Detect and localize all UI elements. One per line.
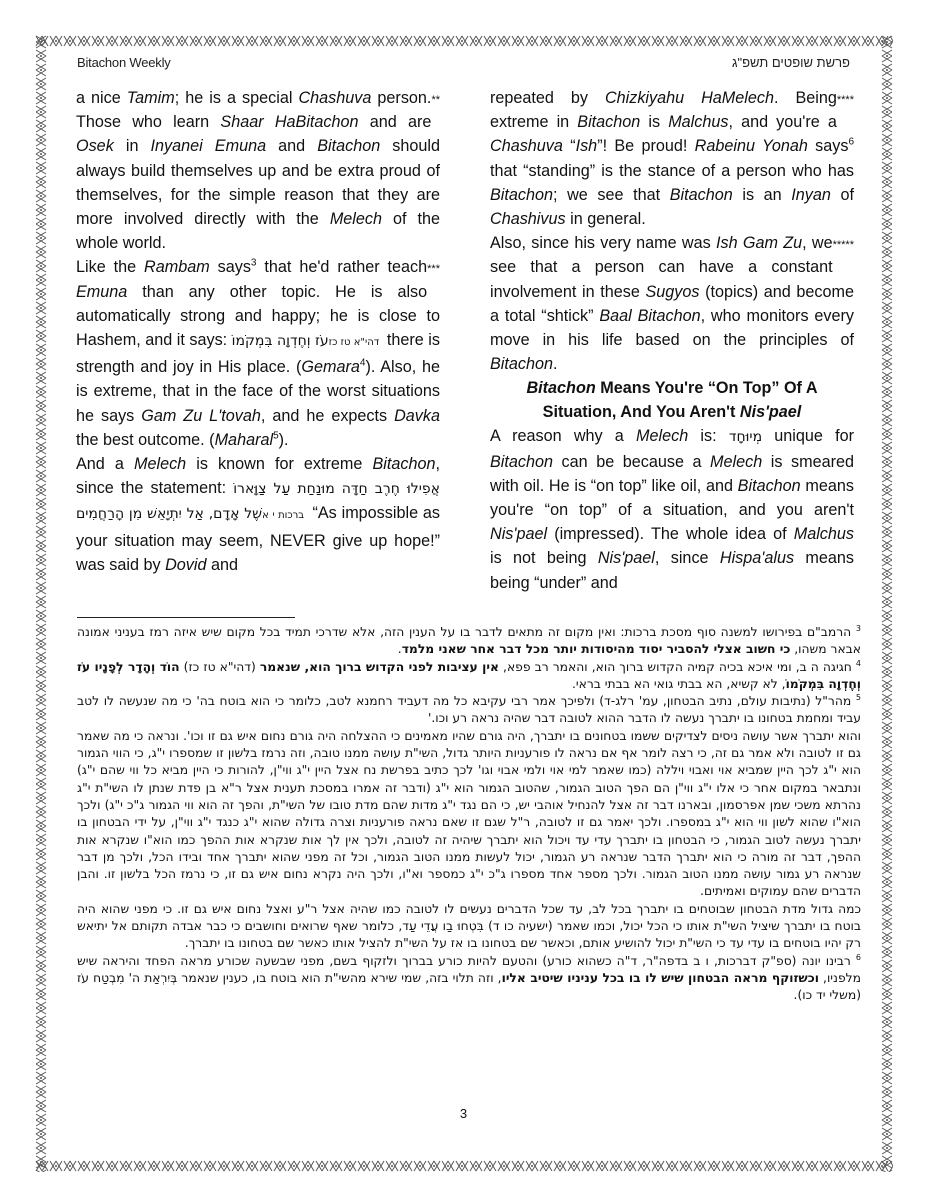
italic-term: Rabeinu Yonah [695, 137, 808, 155]
italic-term: Bitachon [526, 379, 595, 397]
bold-text: כי חשוב אצלי להסביר יסוד מהיסודות יותר מ… [402, 642, 791, 656]
text-run: and [206, 556, 238, 574]
italic-term: Davka [394, 407, 440, 425]
text-run: מהר"ל (נתיבות עולם, נתיב הבטחון, עמ' רלג… [77, 694, 861, 725]
section-break-stars: **** [837, 88, 854, 112]
italic-term: Osek [76, 137, 114, 155]
italic-term: Chashivus [490, 210, 566, 228]
paragraph: ****repeated by Chizkiyahu HaMelech. Bei… [490, 86, 854, 231]
decorative-border-right [881, 35, 893, 1172]
italic-term: Gam Zu L'tovah [141, 407, 261, 425]
text-run: a nice [76, 89, 127, 107]
bold-text: אין עציבות לפני הקדוש ברוך הוא, שנאמר [260, 660, 499, 674]
text-run: and are [359, 113, 432, 131]
italic-term: Baal Bitachon [599, 307, 700, 325]
paragraph: A reason why a Melech is: מְיוּחָד uniqu… [490, 424, 854, 594]
italic-term: Melech [710, 453, 762, 471]
footnote: 4 חגיגה ה ב, ומי איכא בכיה קמיה הקדוש בר… [77, 659, 861, 694]
text-run: A reason why a [490, 427, 636, 445]
decorative-border-left [35, 35, 47, 1172]
italic-term: Bitachon [373, 455, 436, 473]
text-run: of [831, 186, 854, 204]
italic-term: Melech [330, 210, 382, 228]
footnote-marker: 6 [856, 953, 861, 962]
text-run: חגיגה ה ב, ומי איכא בכיה קמיה הקדוש ברוך… [499, 660, 856, 674]
italic-term: Bitachon [577, 113, 640, 131]
footnotes: 3 הרמב"ם בפירושו למשנה סוף מסכת ברכות: ו… [77, 624, 861, 1005]
italic-term: Chizkiyahu HaMelech [605, 89, 774, 107]
text-run: that “standing” is the stance of a perso… [490, 162, 854, 180]
italic-term: Bitachon [738, 477, 801, 495]
article-body: **a nice Tamim; he is a special Chashuva… [76, 86, 863, 598]
text-run: . [553, 355, 558, 373]
paragraph: *****Also, since his very name was Ish G… [490, 231, 854, 376]
footnote-marker: 4 [856, 659, 861, 668]
text-run: ; we see that [553, 186, 670, 204]
publication-title: Bitachon Weekly [77, 55, 171, 70]
italic-term: Hispa'alus [720, 549, 794, 567]
italic-term: Bitachon [490, 355, 553, 373]
paragraph: ***Like the Rambam says3 that he'd rathe… [76, 255, 440, 452]
hebrew-quote: ברכות י א [262, 510, 308, 521]
footnote: כמה גדול מדת הבטחון שבוטחים בו יתברך בכל… [77, 901, 861, 953]
italic-term: Dovid [165, 556, 206, 574]
text-run: says [808, 137, 849, 155]
paragraph: And a Melech is known for extreme Bitach… [76, 452, 440, 577]
italic-term: Nis'pael [740, 403, 801, 421]
decorative-border-top [35, 35, 893, 47]
footnote-marker: 3 [856, 624, 861, 633]
italic-term: Nis'pael [490, 525, 547, 543]
italic-term: Malchus [668, 113, 728, 131]
section-break-stars: *** [427, 257, 440, 281]
paragraph: **a nice Tamim; he is a special Chashuva… [76, 86, 440, 255]
italic-term: Gemara [301, 358, 359, 376]
left-column: **a nice Tamim; he is a special Chashuva… [76, 86, 440, 577]
italic-term: Sugyos [645, 283, 699, 301]
footnote-marker: 6 [848, 137, 854, 148]
text-run: (דהי"א טז כז) [180, 660, 260, 674]
parsha-title: פרשת שופטים תשפ"ג [732, 55, 850, 70]
italic-term: Bitachon [670, 186, 733, 204]
text-run: is known for extreme [186, 455, 372, 473]
italic-term: Emuna [76, 283, 127, 301]
section-break-stars: ***** [833, 233, 854, 257]
footnote: והוא יתברך אשר עושה ניסים לצדיקים ששמו ב… [77, 728, 861, 901]
text-run: ”! Be proud! [597, 137, 694, 155]
italic-term: Bitachon [490, 186, 553, 204]
section-heading: Bitachon Means You're “On Top” Of A Situ… [490, 376, 854, 424]
italic-term: Chashuva [298, 89, 371, 107]
text-run: , and you're a [728, 113, 836, 131]
footnote: 3 הרמב"ם בפירושו למשנה סוף מסכת ברכות: ו… [77, 624, 861, 659]
text-run: in general. [566, 210, 646, 228]
italic-term: Ish Gam Zu [716, 234, 802, 252]
text-run: והוא יתברך אשר עושה ניסים לצדיקים ששמו ב… [77, 729, 861, 899]
decorative-border-bottom [35, 1160, 893, 1172]
hebrew-quote: עֹז וְחֶדְוָה בִּמְקֹמוֹ [232, 333, 329, 349]
page-number: 3 [0, 1106, 927, 1121]
text-run: and [266, 137, 317, 155]
italic-term: Malchus [794, 525, 854, 543]
text-run: Also, since his very name was [490, 234, 716, 252]
text-run: is [640, 113, 668, 131]
hebrew-quote: דהי"א טז כז [329, 337, 383, 348]
footnote-separator [77, 617, 295, 618]
italic-term: Rambam [144, 258, 210, 276]
italic-term: Shaar HaBitachon [220, 113, 358, 131]
bold-text: וכשזוקף מראה הבטחון שיש לו בו בכל עניניו… [502, 971, 819, 985]
text-run: unique for [762, 427, 854, 445]
text-run: that he'd rather teach [256, 258, 427, 276]
text-run: can be because a [553, 453, 710, 471]
text-run: (impressed). The whole idea of [547, 525, 794, 543]
italic-term: Maharal [215, 431, 273, 449]
footnote-marker: 5 [856, 693, 861, 702]
italic-term: Tamim [127, 89, 175, 107]
italic-term: Inyanei Emuna [151, 137, 267, 155]
hebrew-quote: מְיוּחָד [729, 429, 762, 445]
italic-term: Melech [636, 427, 688, 445]
text-run: , לא קשיא, הא בבתי גואי הא בבתי בראי. [572, 677, 786, 691]
italic-term: Melech [134, 455, 186, 473]
text-run: in [114, 137, 151, 155]
text-run: , and he expects [261, 407, 394, 425]
italic-term: Ish [576, 137, 598, 155]
footnote: 5 מהר"ל (נתיבות עולם, נתיב הבטחון, עמ' ר… [77, 693, 861, 728]
text-run: is: [688, 427, 729, 445]
right-column: ****repeated by Chizkiyahu HaMelech. Bei… [490, 86, 854, 595]
text-run: says [210, 258, 251, 276]
section-break-stars: ** [431, 88, 440, 112]
italic-term: Inyan [791, 186, 831, 204]
text-run: כמה גדול מדת הבטחון שבוטחים בו יתברך בכל… [77, 902, 861, 951]
italic-term: Bitachon [317, 137, 380, 155]
running-header: Bitachon Weekly פרשת שופטים תשפ"ג [77, 55, 850, 75]
footnote: 6 רבינו יונה (ספ"ק דברכות, ו ב בדפה"ר, ד… [77, 953, 861, 1005]
text-run: is not being [490, 549, 598, 567]
italic-term: Nis'pael [598, 549, 655, 567]
text-run: And a [76, 455, 134, 473]
text-run: Like the [76, 258, 144, 276]
italic-term: Chashuva [490, 137, 563, 155]
italic-term: Bitachon [490, 453, 553, 471]
text-run: the best outcome. ( [76, 431, 215, 449]
text-run: ; he is a special [175, 89, 299, 107]
text-run: is an [733, 186, 792, 204]
text-run: ). [279, 431, 289, 449]
text-run: repeated by [490, 89, 605, 107]
text-run: , since [655, 549, 720, 567]
text-run: “ [563, 137, 576, 155]
